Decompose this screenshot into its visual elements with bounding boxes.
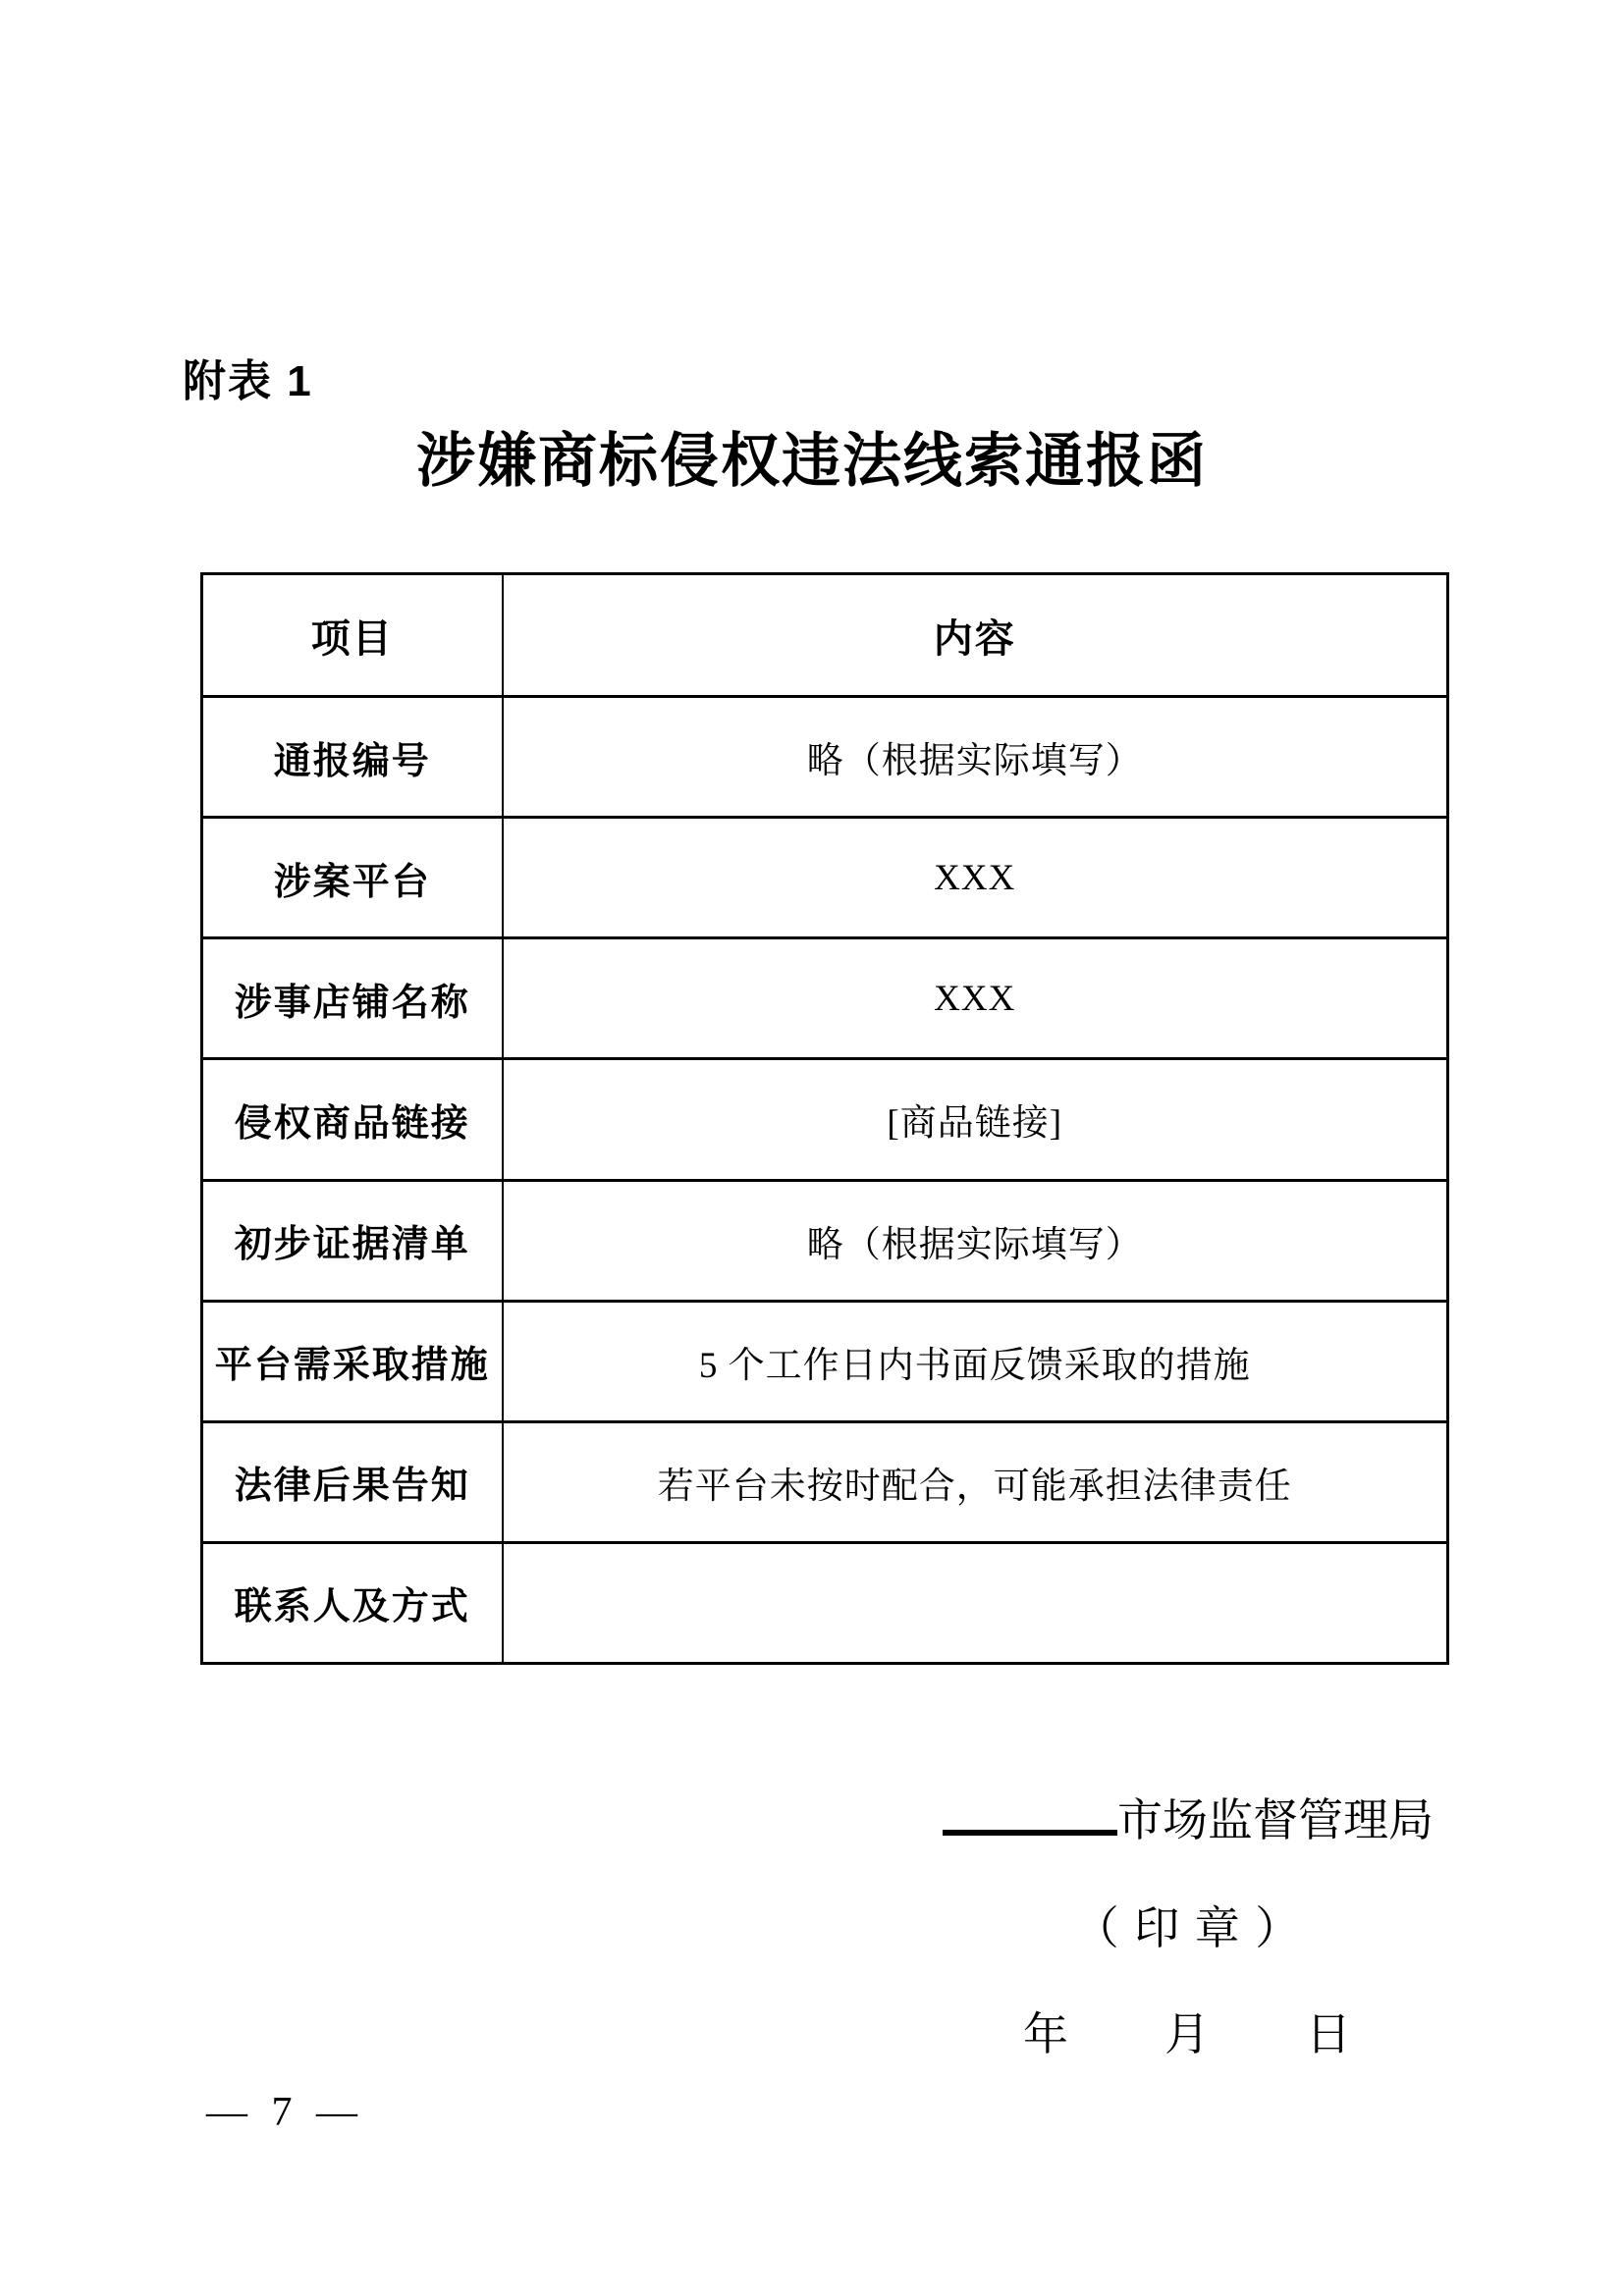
row-label-legal-consequences: 法律后果告知 [202, 1421, 503, 1542]
table-row: 涉事店铺名称 XXX [202, 938, 1448, 1059]
row-label-platform-measures: 平台需采取措施 [202, 1301, 503, 1421]
attachment-label: 附表 1 [183, 346, 313, 408]
date-line: 年 月 日 [943, 2012, 1434, 2057]
agency-line: 市场监督管理局 [943, 1790, 1434, 1843]
row-label-shop-name: 涉事店铺名称 [202, 938, 503, 1059]
row-value-notification-number: 略（根据实际填写） [503, 697, 1448, 818]
table-row: 涉案平台 XXX [202, 818, 1448, 938]
row-value-evidence-list: 略（根据实际填写） [503, 1180, 1448, 1301]
table-row: 联系人及方式 [202, 1542, 1448, 1663]
row-value-product-link: [商品链接] [503, 1059, 1448, 1180]
notification-table: 项目 内容 通报编号 略（根据实际填写） 涉案平台 XXX 涉事店铺名称 XXX… [200, 572, 1449, 1665]
agency-blank-underline [943, 1790, 1117, 1836]
document-page: 附表 1 涉嫌商标侵权违法线索通报函 项目 内容 通报编号 略（根据实际填写） … [0, 0, 1624, 2296]
table-row: 平台需采取措施 5 个工作日内书面反馈采取的措施 [202, 1301, 1448, 1421]
row-value-platform-measures: 5 个工作日内书面反馈采取的措施 [503, 1301, 1448, 1421]
agency-name: 市场监督管理局 [1117, 1795, 1434, 1845]
doc-title: 涉嫌商标侵权违法线索通报函 [0, 414, 1624, 499]
row-label-evidence-list: 初步证据清单 [202, 1180, 503, 1301]
row-value-contact-info [503, 1542, 1448, 1663]
table-row: 初步证据清单 略（根据实际填写） [202, 1180, 1448, 1301]
row-label-product-link: 侵权商品链接 [202, 1059, 503, 1180]
row-label-notification-number: 通报编号 [202, 697, 503, 818]
row-value-shop-name: XXX [503, 938, 1448, 1059]
row-value-legal-consequences: 若平台未按时配合，可能承担法律责任 [503, 1421, 1448, 1542]
table-row: 法律后果告知 若平台未按时配合，可能承担法律责任 [202, 1421, 1448, 1542]
seal-line: （ 印 章 ） [943, 1906, 1434, 1951]
col-header-content: 内容 [503, 574, 1448, 697]
row-label-contact-info: 联系人及方式 [202, 1542, 503, 1663]
row-value-platform: XXX [503, 818, 1448, 938]
table-row: 通报编号 略（根据实际填写） [202, 697, 1448, 818]
col-header-item: 项目 [202, 574, 503, 697]
table-row: 侵权商品链接 [商品链接] [202, 1059, 1448, 1180]
row-label-platform: 涉案平台 [202, 818, 503, 938]
page-number: — 7 — [206, 2089, 357, 2136]
signature-block: 市场监督管理局 （ 印 章 ） 年 月 日 [943, 1790, 1434, 2057]
table-header-row: 项目 内容 [202, 574, 1448, 697]
